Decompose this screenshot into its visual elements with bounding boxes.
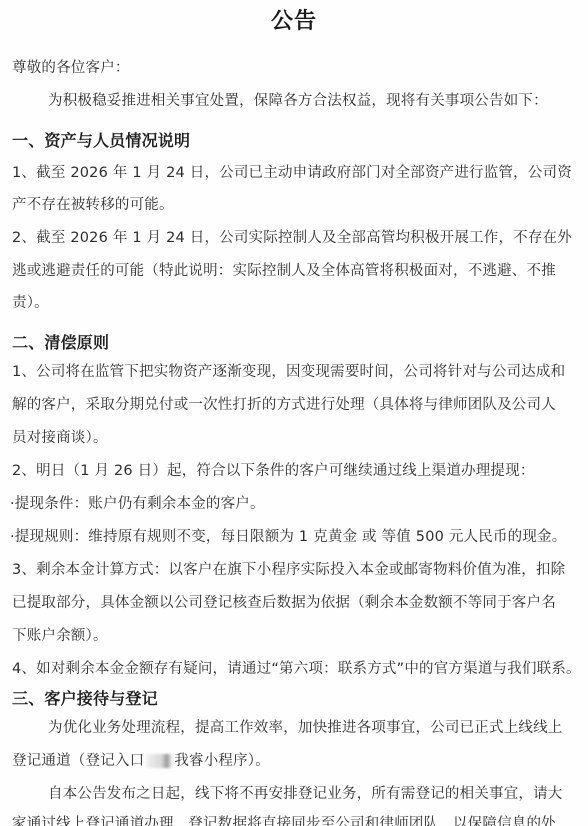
- withdrawal-rule-bullet: ·提现规则：维持原有规则不变，每日限额为 1 克黄金 或 等值 500 元人民币…: [10, 527, 566, 547]
- section-2-line: 已提取部分，具体金额以公司登记核查后数据为依据（剩余本金数额不等同于客户名: [12, 593, 556, 613]
- section-3-line-cutoff: 家通过线上登记通道办理，登记数据将直接同步至公司和律师团队，以保障信息的处: [12, 814, 556, 826]
- section-heading-repayment-principles: 二、清偿原则: [12, 333, 109, 353]
- section-2-line: 3、剩余本金计算方式：以客户在旗下小程序实际投入本金或邮寄物料价值为准，扣除: [12, 560, 565, 580]
- withdrawal-condition-bullet: ·提现条件：账户仍有剩余本金的客户。: [10, 494, 265, 514]
- section-3-line: 自本公告发布之日起，线下将不再安排登记业务，所有需登记的相关事宜，请大: [48, 784, 563, 804]
- section-2-line: 解的客户，采取分期兑付或一次性打折的方式进行处理（具体将与律师团队及公司人: [12, 395, 556, 415]
- document-title: 公告: [0, 4, 588, 35]
- section-3-line: 为优化业务处理流程，提高工作效率，加快推进各项事宜，公司已正式上线线上: [48, 718, 563, 738]
- section-2-line: 2、明日（1 月 26 日）起，符合以下条件的客户可继续通过线上渠道办理提现：: [12, 461, 535, 481]
- section-1-line: 逃或逃避责任的可能（特此说明：实际控制人及全体高管将积极面对，不逃避、不推: [12, 261, 556, 281]
- section-1-line: 2、截至 2026 年 1 月 24 日，公司实际控制人及全部高管均积极开展工作…: [12, 228, 572, 248]
- section-2-line: 1、公司将在监管下把实物资产逐渐变现，因变现需要时间，公司将针对与公司达成和: [12, 362, 565, 382]
- section-1-line: 1、截至 2026 年 1 月 24 日，公司已主动申请政府部门对全部资产进行监…: [12, 163, 572, 183]
- redacted-blur: [146, 754, 172, 768]
- announcement-document: 公告 尊敬的各位客户： 为积极稳妥推进相关事宜处置，保障各方合法权益，现将有关事…: [0, 0, 588, 826]
- section-2-line: 员对接商谈）。: [12, 428, 108, 448]
- section-2-line: 4、如对剩余本金金额存有疑问，请通过“第六项：联系方式”中的官方渠道与我们联系。: [12, 659, 581, 679]
- section-heading-assets-personnel: 一、资产与人员情况说明: [12, 131, 190, 151]
- section-heading-customer-registration: 三、客户接待与登记: [12, 689, 158, 709]
- section-1-line: 产不存在被转移的可能。: [12, 195, 174, 215]
- registration-entry-prefix: 登记通道（登记入口: [12, 753, 144, 769]
- section-1-line: 责）。: [12, 293, 49, 313]
- mini-program-name: 我睿小程序）。: [174, 753, 270, 769]
- section-2-line: 下账户余额）。: [12, 626, 108, 646]
- intro-paragraph: 为积极稳妥推进相关事宜处置，保障各方合法权益，现将有关事项公告如下：: [48, 91, 548, 111]
- registration-entry-line: 登记通道（登记入口我睿小程序）。: [12, 751, 270, 771]
- salutation: 尊敬的各位客户：: [12, 58, 130, 78]
